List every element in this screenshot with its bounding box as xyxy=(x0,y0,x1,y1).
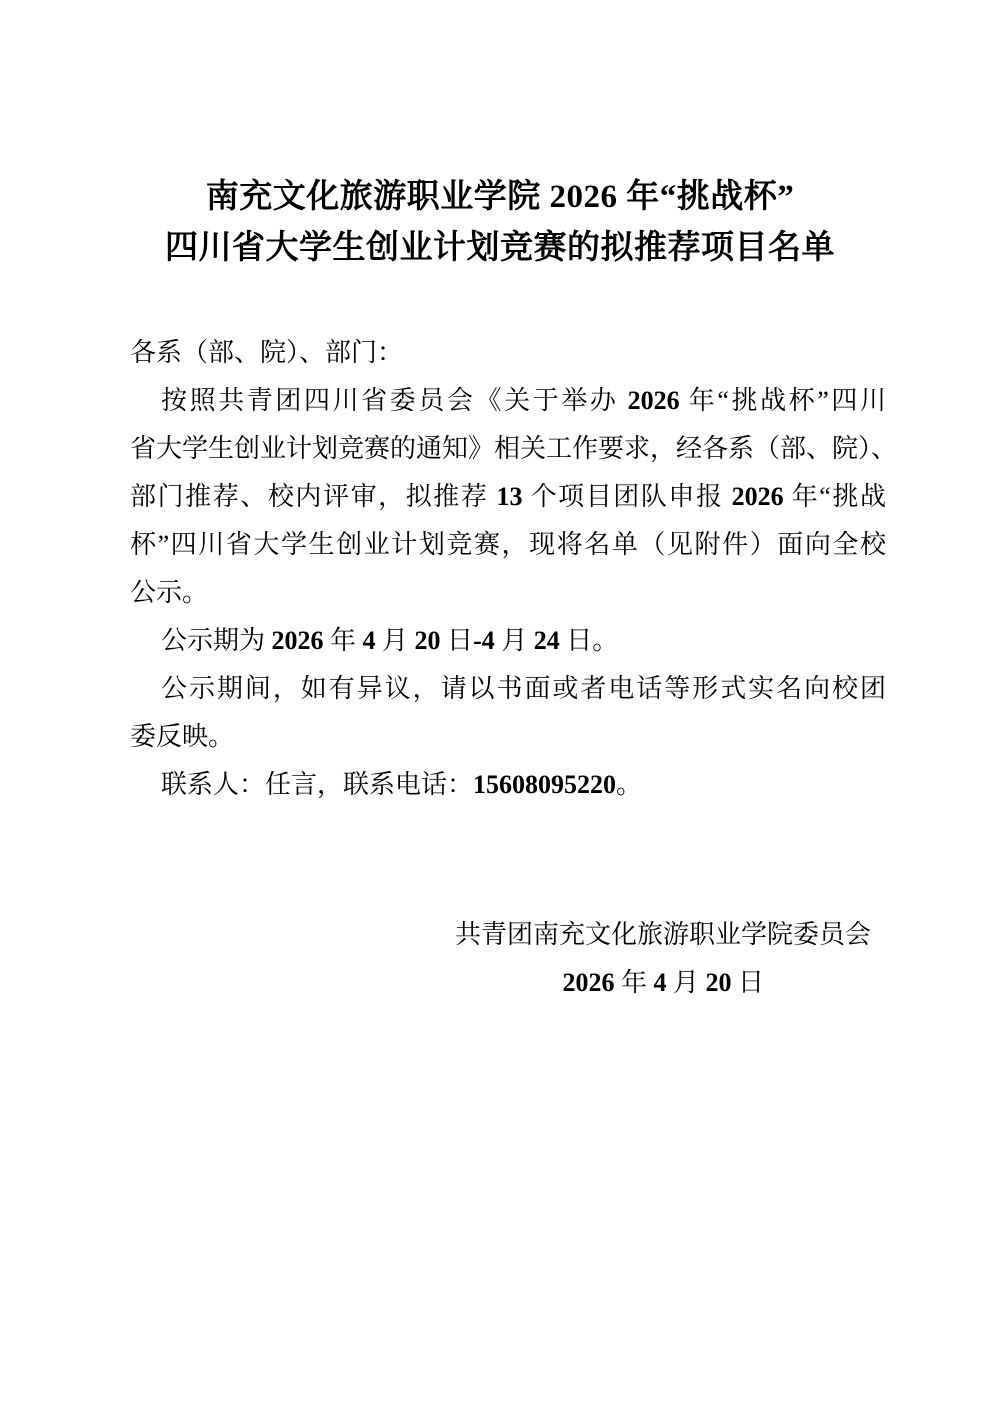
body-line: 各系（部、院）、部门： xyxy=(130,329,886,377)
text-run: 委反映。 xyxy=(130,722,234,751)
text-run: 月 xyxy=(495,626,534,655)
bold-text-run: 2026 xyxy=(732,482,784,511)
document-title: 南充文化旅游职业学院 2026 年“挑战杯” 四川省大学生创业计划竞赛的拟推荐项… xyxy=(0,172,1000,274)
body-line: 公示。 xyxy=(130,569,886,617)
signature-org: 共青团南充文化旅游职业学院委员会 xyxy=(130,911,886,959)
text-run: 。 xyxy=(616,770,642,799)
document-page: 南充文化旅游职业学院 2026 年“挑战杯” 四川省大学生创业计划竞赛的拟推荐项… xyxy=(0,0,1000,1415)
text-run: 个项目团队申报 xyxy=(523,482,732,511)
text-run: 年“挑战杯”四川 xyxy=(680,386,886,415)
text-run: 月 xyxy=(666,968,705,997)
text-run: 日。 xyxy=(560,626,619,655)
title-line-1: 南充文化旅游职业学院 2026 年“挑战杯” xyxy=(0,172,1000,223)
text-run: 联系人：任言，联系电话： xyxy=(161,770,473,799)
signature-block: 共青团南充文化旅游职业学院委员会 2026 年 4 月 20 日 xyxy=(130,911,886,1007)
bold-text-run: 2026 xyxy=(628,386,680,415)
text-run: 部门推荐、校内评审，拟推荐 xyxy=(130,482,497,511)
text-run: 月 xyxy=(376,626,415,655)
body-line: 部门推荐、校内评审，拟推荐 13 个项目团队申报 2026 年“挑战 xyxy=(130,473,886,521)
text-run: 省大学生创业计划竞赛的通知》相关工作要求，经各系（部、院）、 xyxy=(130,434,897,463)
body-line: 按照共青团四川省委员会《关于举办 2026 年“挑战杯”四川 xyxy=(130,377,886,425)
body-line: 省大学生创业计划竞赛的通知》相关工作要求，经各系（部、院）、 xyxy=(130,425,886,473)
bold-text-run: 4 xyxy=(363,626,376,655)
body-line: 公示期间，如有异议，请以书面或者电话等形式实名向校团 xyxy=(130,665,886,713)
bold-text-run: 20 xyxy=(415,626,441,655)
bold-text-run: 20 xyxy=(705,968,731,997)
signature-date: 2026 年 4 月 20 日 xyxy=(130,959,886,1007)
body-line: 联系人：任言，联系电话：15608095220。 xyxy=(130,761,886,809)
text-run: 公示期间，如有异议，请以书面或者电话等形式实名向校团 xyxy=(161,674,886,703)
title-line-2: 四川省大学生创业计划竞赛的拟推荐项目名单 xyxy=(0,223,1000,274)
bold-text-run: -4 xyxy=(473,626,495,655)
bold-text-run: 13 xyxy=(497,482,523,511)
text-run: 杯”四川省大学生创业计划竞赛，现将名单（见附件）面向全校 xyxy=(130,530,886,559)
bold-text-run: 2026 xyxy=(272,626,324,655)
text-run: 年 xyxy=(324,626,363,655)
bold-text-run: 15608095220 xyxy=(473,770,616,799)
text-run: 共青团南充文化旅游职业学院委员会 xyxy=(455,920,871,949)
body-line: 委反映。 xyxy=(130,713,886,761)
text-run: 按照共青团四川省委员会《关于举办 xyxy=(161,386,628,415)
body-line: 杯”四川省大学生创业计划竞赛，现将名单（见附件）面向全校 xyxy=(130,521,886,569)
text-run: 年 xyxy=(614,968,653,997)
bold-text-run: 24 xyxy=(534,626,560,655)
bold-text-run: 4 xyxy=(653,968,666,997)
document-body: 各系（部、院）、部门：按照共青团四川省委员会《关于举办 2026 年“挑战杯”四… xyxy=(130,329,886,809)
text-run: 公示期为 xyxy=(161,626,272,655)
text-run: 年“挑战 xyxy=(784,482,886,511)
bold-text-run: 2026 xyxy=(562,968,614,997)
text-run: 公示。 xyxy=(130,578,208,607)
body-line: 公示期为 2026 年 4 月 20 日-4 月 24 日。 xyxy=(130,617,886,665)
text-run: 各系（部、院）、部门： xyxy=(130,338,403,367)
text-run: 日 xyxy=(731,968,764,997)
text-run: 日 xyxy=(441,626,474,655)
